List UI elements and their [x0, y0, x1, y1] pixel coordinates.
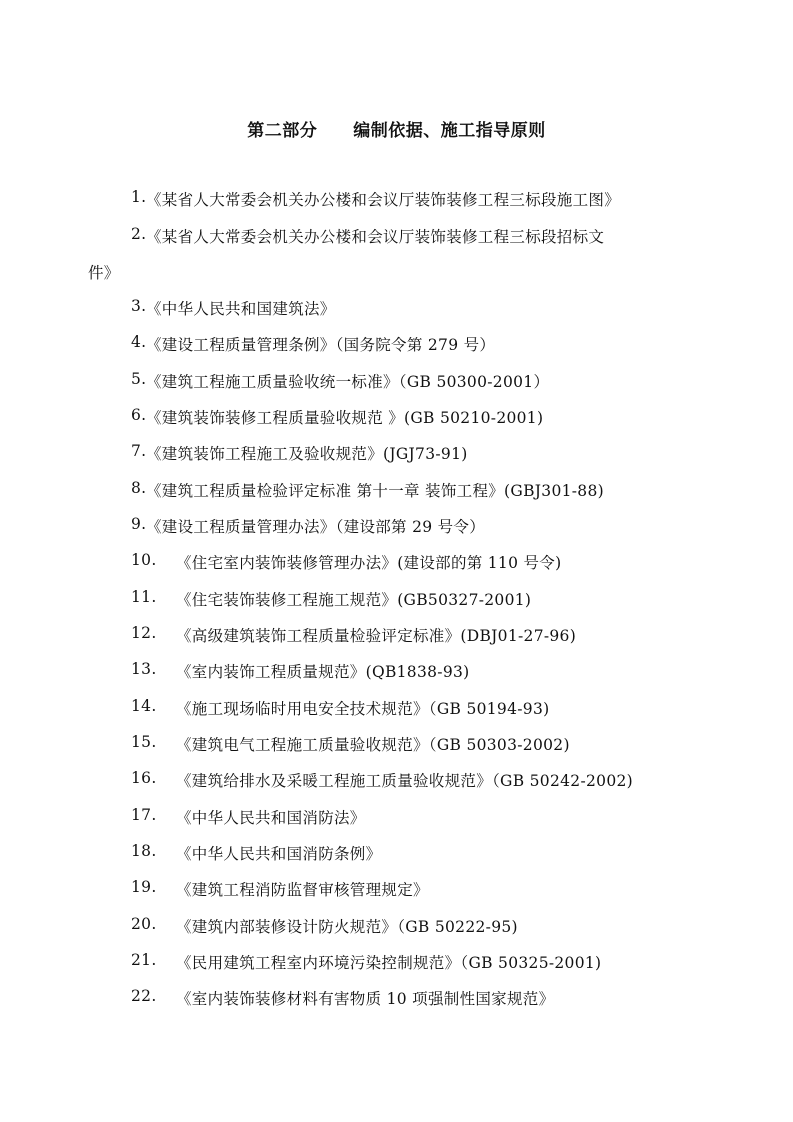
- item-number: 15.: [131, 733, 157, 751]
- item-text: 《建筑内部装修设计防火规范》（GB 50222-95): [176, 915, 518, 937]
- item-number: 16.: [131, 769, 157, 787]
- item-text: 《中华人民共和国建筑法》: [146, 297, 336, 319]
- item-number: 8.: [131, 479, 146, 497]
- item-text-continuation: 件》: [88, 261, 120, 283]
- item-text: 《建筑工程消防监督审核管理规定》: [176, 878, 429, 900]
- item-text: 《施工现场临时用电安全技术规范》（GB 50194-93): [176, 697, 549, 719]
- item-text: 《中华人民共和国消防法》: [176, 806, 366, 828]
- section-heading: 编制依据、施工指导原则: [353, 121, 546, 141]
- item-number: 19.: [131, 878, 157, 896]
- item-number: 6.: [131, 406, 146, 424]
- item-number: 1.: [131, 188, 146, 206]
- item-text: 《某省人大常委会机关办公楼和会议厅装饰装修工程三标段招标文: [146, 225, 604, 247]
- item-number: 3.: [131, 297, 146, 315]
- item-text: 《建筑给排水及采暖工程施工质量验收规范》（GB 50242-2002): [176, 769, 633, 791]
- item-text: 《民用建筑工程室内环境污染控制规范》（GB 50325-2001): [176, 951, 601, 973]
- item-text: 《建筑装饰工程施工及验收规范》(JGJ73-91): [146, 442, 468, 464]
- item-number: 20.: [131, 915, 157, 933]
- item-text: 《室内装饰工程质量规范》(QB1838-93): [176, 660, 470, 682]
- item-number: 2.: [131, 225, 146, 243]
- item-text: 《住宅室内装饰装修管理办法》(建设部的第 110 号令): [176, 551, 561, 573]
- item-text: 《中华人民共和国消防条例》: [176, 842, 381, 864]
- section-title: 第二部分编制依据、施工指导原则: [0, 116, 793, 141]
- item-number: 4.: [131, 333, 146, 351]
- item-text: 《建筑工程施工质量验收统一标准》（GB 50300-2001）: [146, 370, 549, 392]
- section-part: 第二部分: [247, 121, 317, 141]
- item-number: 12.: [131, 624, 157, 642]
- item-text: 《建筑装饰装修工程质量验收规范 》(GB 50210-2001): [146, 406, 543, 428]
- item-text: 《建设工程质量管理办法》（建设部第 29 号令）: [146, 515, 485, 537]
- item-number: 22.: [131, 987, 157, 1005]
- item-number: 21.: [131, 951, 157, 969]
- item-text: 《某省人大常委会机关办公楼和会议厅装饰装修工程三标段施工图》: [146, 188, 620, 210]
- item-text: 《建筑电气工程施工质量验收规范》（GB 50303-2002): [176, 733, 570, 755]
- item-text: 《建设工程质量管理条例》（国务院令第 279 号）: [146, 333, 495, 355]
- item-number: 13.: [131, 660, 157, 678]
- item-text: 《建筑工程质量检验评定标准 第十一章 装饰工程》(GBJ301-88): [146, 479, 604, 501]
- item-number: 11.: [131, 588, 157, 606]
- item-number: 17.: [131, 806, 157, 824]
- item-text: 《高级建筑装饰工程质量检验评定标准》(DBJ01-27-96): [176, 624, 576, 646]
- item-number: 10.: [131, 551, 157, 569]
- item-number: 18.: [131, 842, 157, 860]
- item-number: 7.: [131, 442, 146, 460]
- item-text: 《室内装饰装修材料有害物质 10 项强制性国家规范》: [176, 987, 554, 1009]
- item-number: 9.: [131, 515, 146, 533]
- item-number: 5.: [131, 370, 146, 388]
- item-text: 《住宅装饰装修工程施工规范》(GB50327-2001): [176, 588, 531, 610]
- item-number: 14.: [131, 697, 157, 715]
